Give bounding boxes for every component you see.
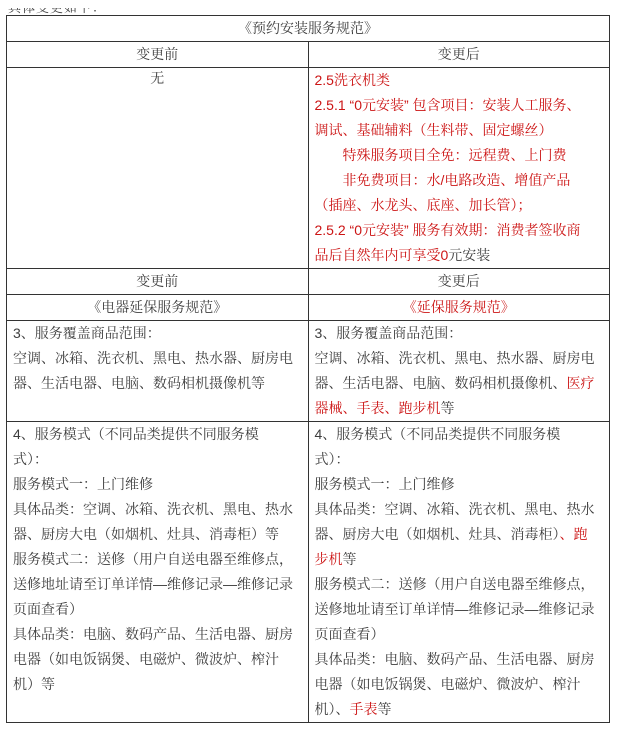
text-line: 具体品类：电脑、数码产品、生活电器、厨房 (13, 622, 302, 647)
text-line: 送修地址请至订单详情—维修记录—维修记录 (315, 597, 604, 622)
text-line: 特殊服务项目全免：远程费、上门费 (315, 143, 604, 168)
clipped-top-text: 具体变更如下： (6, 8, 620, 15)
text-line: 2.5.1 “0元安装” 包含项目：安装人工服务、 (315, 93, 604, 118)
install-before-content-cell: 无 (7, 68, 309, 269)
install-spec-title-cell: 《预约安装服务规范》 (7, 16, 610, 42)
install-before-header-cell: 变更前 (7, 42, 309, 68)
service-mode-row: 4、服务模式（不同品类提供不同服务模式）：服务模式一：上门维修具体品类：空调、冰… (7, 422, 610, 723)
text-line: 2.5.2 “0元安装” 服务有效期：消费者签收商 (315, 218, 604, 243)
text-line: 具体品类：空调、冰箱、洗衣机、黑电、热水 (315, 497, 604, 522)
text-line: 送修地址请至订单详情—维修记录—维修记录 (13, 572, 302, 597)
text-line: 4、服务模式（不同品类提供不同服务模 (13, 422, 302, 447)
text-line: 器、厨房大电（如烟机、灶具、消毒柜）等 (13, 522, 302, 547)
warranty-spec-after-cell: 《延保服务规范》 (308, 295, 610, 321)
text-line: 4、服务模式（不同品类提供不同服务模 (315, 422, 604, 447)
text-line: 电器（如电饭锅煲、电磁炉、微波炉、榨汁 (315, 672, 604, 697)
text-line: 服务模式二：送修（用户自送电器至维修点， (315, 572, 604, 597)
text-line: 具体品类：空调、冰箱、洗衣机、黑电、热水 (13, 497, 302, 522)
warranty-spec-name-row: 《电器延保服务规范》 《延保服务规范》 (7, 295, 610, 321)
warranty-header-row: 变更前 变更后 (7, 269, 610, 295)
coverage-before-cell: 3、服务覆盖商品范围：空调、冰箱、洗衣机、黑电、热水器、厨房电器、生活电器、电脑… (7, 321, 309, 422)
text-line: 式）： (13, 447, 302, 472)
coverage-row: 3、服务覆盖商品范围：空调、冰箱、洗衣机、黑电、热水器、厨房电器、生活电器、电脑… (7, 321, 610, 422)
text-line: 空调、冰箱、洗衣机、黑电、热水器、厨房电 (315, 346, 604, 371)
text-line: 3、服务覆盖商品范围： (315, 321, 604, 346)
coverage-after-cell: 3、服务覆盖商品范围：空调、冰箱、洗衣机、黑电、热水器、厨房电器、生活电器、电脑… (308, 321, 610, 422)
text-line: 器、生活电器、电脑、数码相机摄像机、医疗 (315, 371, 604, 396)
install-after-header-cell: 变更后 (308, 42, 610, 68)
text-line: 器、生活电器、电脑、数码相机摄像机等 (13, 371, 302, 396)
text-line: 机）等 (13, 672, 302, 697)
text-line: 2.5洗衣机类 (315, 68, 604, 93)
text-line: 器械、手表、跑步机等 (315, 396, 604, 421)
text-line: 3、服务覆盖商品范围： (13, 321, 302, 346)
install-title-row: 《预约安装服务规范》 (7, 16, 610, 42)
text-line: 服务模式一：上门维修 (13, 472, 302, 497)
install-content-row: 无 2.5洗衣机类2.5.1 “0元安装” 包含项目：安装人工服务、调试、基础辅… (7, 68, 610, 269)
warranty-after-header-cell: 变更后 (308, 269, 610, 295)
text-line: 页面查看） (315, 622, 604, 647)
text-line: （插座、水龙头、底座、加长管）； (315, 193, 604, 218)
text-line: 式）： (315, 447, 604, 472)
document-page: 具体变更如下： 《预约安装服务规范》 变更前 变更后 无 2.5洗衣机类2.5.… (0, 0, 620, 723)
text-line: 电器（如电饭锅煲、电磁炉、微波炉、榨汁 (13, 647, 302, 672)
install-after-content-cell: 2.5洗衣机类2.5.1 “0元安装” 包含项目：安装人工服务、调试、基础辅料（… (308, 68, 610, 269)
text-line: 页面查看） (13, 597, 302, 622)
text-line: 非免费项目：水/电路改造、增值产品 (315, 168, 604, 193)
text-line: 品后自然年内可享受0元安装 (315, 243, 604, 268)
service-mode-before-cell: 4、服务模式（不同品类提供不同服务模式）：服务模式一：上门维修具体品类：空调、冰… (7, 422, 309, 723)
text-line: 步机等 (315, 547, 604, 572)
text-line: 机）、手表等 (315, 697, 604, 722)
warranty-before-header-cell: 变更前 (7, 269, 309, 295)
text-line: 调试、基础辅料（生料带、固定螺丝） (315, 118, 604, 143)
text-line: 服务模式二：送修（用户自送电器至维修点， (13, 547, 302, 572)
service-mode-after-cell: 4、服务模式（不同品类提供不同服务模式）：服务模式一：上门维修具体品类：空调、冰… (308, 422, 610, 723)
text-line: 具体品类：电脑、数码产品、生活电器、厨房 (315, 647, 604, 672)
text-line: 服务模式一：上门维修 (315, 472, 604, 497)
change-comparison-table: 《预约安装服务规范》 变更前 变更后 无 2.5洗衣机类2.5.1 “0元安装”… (6, 15, 610, 723)
warranty-spec-before-cell: 《电器延保服务规范》 (7, 295, 309, 321)
text-line: 空调、冰箱、洗衣机、黑电、热水器、厨房电 (13, 346, 302, 371)
text-line: 器、厨房大电（如烟机、灶具、消毒柜）、跑 (315, 522, 604, 547)
install-header-row: 变更前 变更后 (7, 42, 610, 68)
